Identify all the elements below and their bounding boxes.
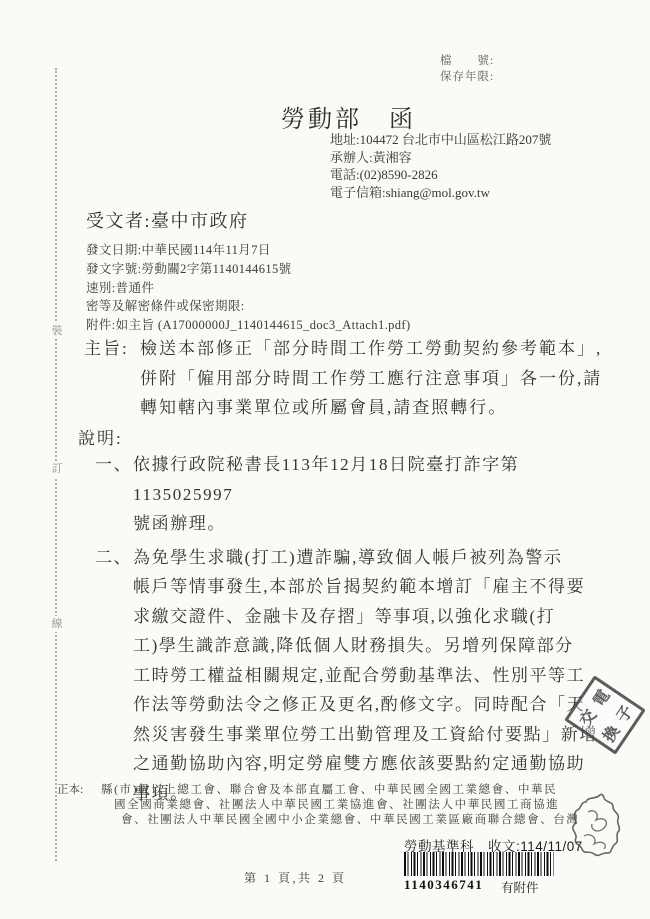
copy-to-body: 縣(市)級以上總工會、聯合會及本部直屬工會、中華民國全國工業總會、中華民 國全國…	[101, 783, 580, 829]
barcode-number: 1140346741	[404, 877, 483, 893]
subject-label: 主旨:	[84, 334, 140, 423]
copy-to-line: 縣(市)級以上總工會、聯合會及本部直屬工會、中華民國全國工業總會、中華民	[101, 783, 580, 798]
item-line: 依據行政院秘書長113年12月18日院臺打詐字第1135025997	[133, 450, 610, 509]
issue-date: 發文日期:中華民國114年11月7日	[86, 241, 411, 260]
partial-seal-stamp	[570, 792, 632, 870]
item-line: 號函辦理。	[133, 509, 610, 539]
document-number: 發文字號:勞動關2字第1140144615號	[86, 260, 411, 279]
sender-phone: 電話:(02)8590-2826	[330, 166, 551, 184]
subject-line: 轉知轄內事業單位或所屬會員,請查照轉行。	[140, 393, 602, 423]
subject-line: 檢送本部修正「部分時間工作勞工勞動契約參考範本」,	[140, 334, 602, 364]
security-class: 密等及解密條件或保密期限:	[86, 297, 411, 316]
binding-mark-zhuang: 裝	[50, 323, 64, 339]
item-marker: 一、	[95, 450, 132, 480]
item-line: 為免學生求職(打工)遭詐騙,導致個人帳戶被列為警示	[133, 543, 610, 573]
item-line: 工)學生識詐意識,降低個人財務損失。另增列保障部分	[133, 631, 610, 661]
page-number: 第 1 頁,共 2 頁	[244, 869, 347, 886]
attachment-line: 附件:如主旨 (A17000000J_1140144615_doc3_Attac…	[86, 316, 411, 335]
copy-to-section: 正本: 縣(市)級以上總工會、聯合會及本部直屬工會、中華民國全國工業總會、中華民…	[57, 783, 580, 829]
file-header: 檔 號: 保存年限:	[440, 53, 494, 85]
stamp-char: 子	[609, 700, 637, 726]
binding-line: 裝 訂 線	[55, 68, 57, 861]
document-title: 勞動部 函	[281, 99, 416, 134]
item-line: 工時勞工權益相關規定,並配合勞動基準法、性別平等工	[133, 661, 610, 691]
sender-info: 地址:104472 台北市中山區松江路207號 承辦人:黃湘容 電話:(02)8…	[330, 131, 551, 201]
file-number-label: 檔 號:	[440, 53, 494, 69]
copy-to-line: 會、社團法人中華民國全國中小企業總會、中華民國工業區廠商聯合總會、台灣	[121, 813, 580, 828]
subject-section: 主旨: 檢送本部修正「部分時間工作勞工勞動契約參考範本」, 併附「僱用部分時間工…	[84, 334, 602, 423]
explanation-item-1: 一、 依據行政院秘書長113年12月18日院臺打詐字第1135025997 號函…	[95, 450, 610, 539]
explanation-items: 一、 依據行政院秘書長113年12月18日院臺打詐字第1135025997 號函…	[95, 450, 610, 808]
item-line: 求繳交證件、金融卡及存摺」等事項,以強化求職(打	[133, 602, 610, 632]
barcode	[404, 852, 554, 876]
stamp-char: 換	[596, 720, 624, 746]
sender-email: 電子信箱:shiang@mol.gov.tw	[330, 184, 551, 202]
stamp-char: 交	[573, 704, 601, 730]
copy-to-line: 國全國商業總會、社團法人中華民國工業協進會、社團法人中華民國工商協進	[114, 798, 580, 813]
attachment-note: 有附件	[501, 878, 539, 896]
recipient-line: 受文者:臺中市政府	[86, 207, 249, 233]
item-marker: 二、	[95, 543, 132, 573]
copy-to-label: 正本:	[57, 783, 101, 829]
document-meta: 發文日期:中華民國114年11月7日 發文字號:勞動關2字第1140144615…	[86, 241, 411, 335]
sender-contact-person: 承辦人:黃湘容	[330, 149, 551, 167]
item-line: 作法等勞動法令之修正及更名,酌修文字。同時配合「天	[133, 690, 610, 720]
retention-period-label: 保存年限:	[440, 69, 494, 85]
item-line: 帳戶等情事發生,本部於旨揭契約範本增訂「雇主不得要	[133, 572, 610, 602]
subject-body: 檢送本部修正「部分時間工作勞工勞動契約參考範本」, 併附「僱用部分時間工作勞工應…	[140, 334, 602, 423]
explanation-label: 說明:	[78, 424, 123, 449]
stamp-char: 電	[586, 684, 614, 710]
item-line: 然災害發生事業單位勞工出勤管理及工資給付要點」新增	[133, 720, 610, 750]
item-line: 之通勤協助內容,明定勞雇雙方應依該要點約定通勤協助	[133, 749, 610, 779]
binding-mark-xian: 線	[50, 616, 64, 632]
sender-address: 地址:104472 台北市中山區松江路207號	[330, 131, 551, 149]
explanation-item-2: 二、 為免學生求職(打工)遭詐騙,導致個人帳戶被列為警示 帳戶等情事發生,本部於…	[95, 543, 610, 809]
speed-class: 速別:普通件	[86, 279, 411, 298]
binding-mark-ding: 訂	[50, 461, 64, 477]
subject-line: 併附「僱用部分時間工作勞工應行注意事項」各一份,請	[140, 364, 602, 394]
